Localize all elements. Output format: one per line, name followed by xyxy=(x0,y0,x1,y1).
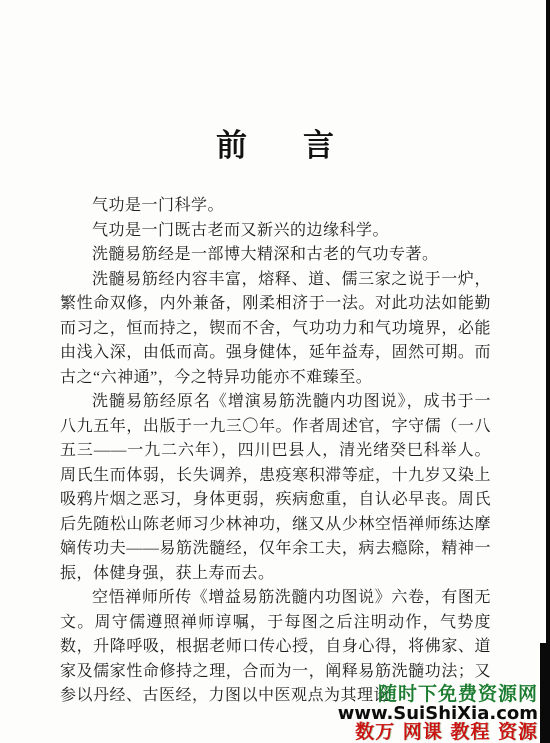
title-char-1: 前 xyxy=(216,128,247,164)
paragraph: 洗髓易筋经内容丰富，熔释、道、儒三家之说于一炉，繁性命双修，内外兼备，刚柔相济于… xyxy=(60,268,491,391)
body-text: 气功是一门科学。气功是一门既古老而又新兴的边缘科学。洗髓易筋经是一部博大精深和古… xyxy=(60,194,491,709)
paragraph: 气功是一门既古老而又新兴的边缘科学。 xyxy=(60,219,491,244)
paragraph: 洗髓易筋经是一部博大精深和古老的气功专著。 xyxy=(60,243,491,268)
paragraph: 洗髓易筋经原名《增演易筋洗髓内功图说》，成书于一八九五年，出版于一九三〇年。作者… xyxy=(60,390,491,586)
scan-edge-bar-thin xyxy=(546,0,550,743)
title-char-2: 言 xyxy=(303,128,334,164)
watermark: 随时下免费资源网 www.SuiShiXia.com 数万 网课 教程 资源 xyxy=(338,685,538,743)
page-title: 前言 xyxy=(0,120,550,165)
watermark-tagline: 数万 网课 教程 资源 xyxy=(338,723,538,743)
scanned-book-page: 前言 气功是一门科学。气功是一门既古老而又新兴的边缘科学。洗髓易筋经是一部博大精… xyxy=(0,0,550,743)
watermark-site-name: 随时下免费资源网 xyxy=(338,685,538,705)
paragraph: 气功是一门科学。 xyxy=(60,194,491,219)
scan-edge-bar-wide xyxy=(540,643,550,743)
